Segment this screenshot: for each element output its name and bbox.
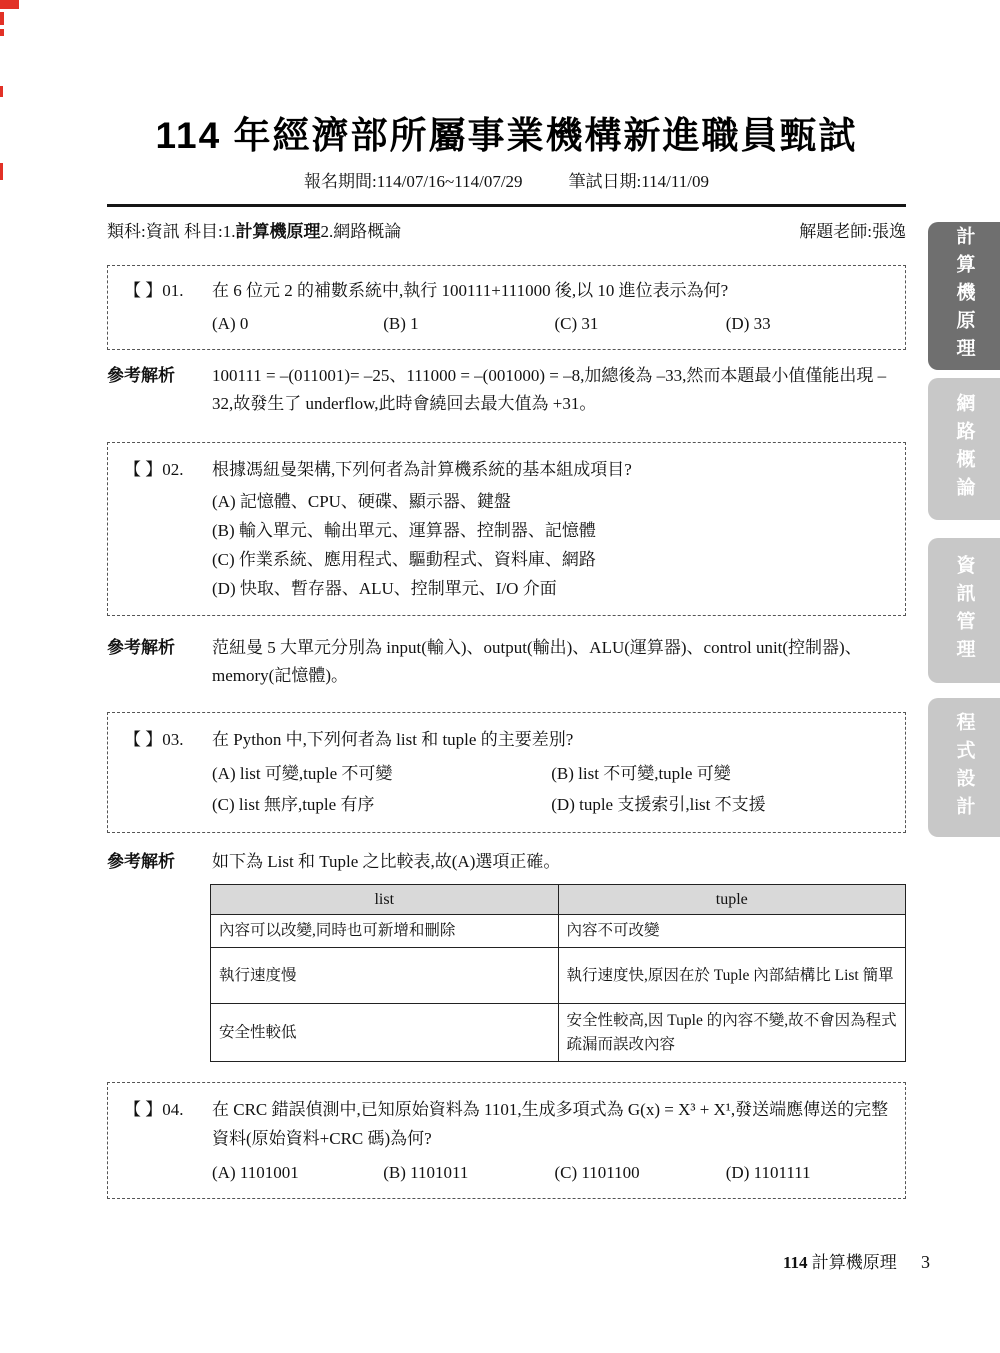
analysis-block-01: 參考解析 100111 = –(011001)= –25、111000 = –(… <box>107 362 906 418</box>
category-subject-text: 類科:資訊 科目:1. <box>107 220 235 244</box>
answer-blank-label: 【 】03. <box>124 725 212 754</box>
table-row: 內容可以改變,同時也可新增和刪除 內容不可改變 <box>211 915 906 948</box>
question-line: 【 】02. 根據馮紐曼架構,下列何者為計算機系統的基本組成項目? <box>124 455 889 484</box>
option-c: (C) list 無序,tuple 有序 <box>212 789 547 820</box>
options-row: (A) list 可變,tuple 不可變 (B) list 不可變,tuple… <box>212 758 889 789</box>
analysis-label: 參考解析 <box>107 362 212 418</box>
meta-row: 類科:資訊 科目:1.計算機原理 2.網路概論 解題老師:張逸 <box>107 220 906 244</box>
table-row: 安全性較低 安全性較高,因 Tuple 的內容不變,故不會因為程式疏漏而誤改內容 <box>211 1004 906 1062</box>
table-cell: 內容不可改變 <box>558 915 906 948</box>
table-cell: 安全性較高,因 Tuple 的內容不變,故不會因為程式疏漏而誤改內容 <box>558 1004 906 1062</box>
option-b: (B) 輸入單元、輸出單元、運算器、控制器、記憶體 <box>212 516 889 545</box>
red-scan-mark <box>0 29 4 36</box>
page-footer: 114 計算機原理 3 <box>783 1250 930 1275</box>
question-box-02: 【 】02. 根據馮紐曼架構,下列何者為計算機系統的基本組成項目? (A) 記憶… <box>107 442 906 616</box>
options-stack: (A) 記憶體、CPU、硬碟、顯示器、鍵盤 (B) 輸入單元、輸出單元、運算器、… <box>212 487 889 603</box>
option-a: (A) 記憶體、CPU、硬碟、顯示器、鍵盤 <box>212 487 889 516</box>
option-d: (D) 33 <box>726 311 893 337</box>
table-header-row: list tuple <box>211 885 906 915</box>
question-text: 根據馮紐曼架構,下列何者為計算機系統的基本組成項目? <box>212 455 889 484</box>
answer-blank-label: 【 】04. <box>124 1095 212 1153</box>
table-header-tuple: tuple <box>558 885 906 915</box>
exam-dates: 報名期間:114/07/16~114/07/29 筆試日期:114/11/09 <box>107 170 906 194</box>
answer-blank-label: 【 】01. <box>124 278 212 304</box>
option-c: (C) 1101100 <box>555 1160 722 1186</box>
registration-period: 報名期間:114/07/16~114/07/29 <box>304 170 523 194</box>
option-b: (B) 1 <box>383 311 550 337</box>
footer-page-number: 3 <box>921 1252 930 1272</box>
red-scan-mark <box>0 12 4 25</box>
sidebar-tab-information-management: 資訊管理 <box>928 538 1000 683</box>
option-a: (A) 0 <box>212 311 379 337</box>
sidebar-tab-programming: 程式設計 <box>928 698 1000 837</box>
page-content: 114 年經濟部所屬事業機構新進職員甄試 報名期間:114/07/16~114/… <box>107 0 906 1199</box>
analysis-text: 100111 = –(011001)= –25、111000 = –(00100… <box>212 362 906 418</box>
written-exam-date: 筆試日期:114/11/09 <box>569 170 709 194</box>
sidebar-tab-network-concepts: 網路概論 <box>928 378 1000 520</box>
red-scan-mark <box>0 86 3 97</box>
table-cell: 執行速度慢 <box>211 948 559 1004</box>
option-b: (B) list 不可變,tuple 可變 <box>551 758 886 789</box>
question-text: 在 6 位元 2 的補數系統中,執行 100111+111000 後,以 10 … <box>212 278 889 304</box>
options-row: (A) 1101001 (B) 1101011 (C) 1101100 (D) … <box>212 1160 889 1186</box>
options-grid: (A) list 可變,tuple 不可變 (B) list 不可變,tuple… <box>212 758 889 820</box>
answer-blank-label: 【 】02. <box>124 455 212 484</box>
question-line: 【 】04. 在 CRC 錯誤偵測中,已知原始資料為 1101,生成多項式為 G… <box>124 1095 889 1153</box>
question-box-04: 【 】04. 在 CRC 錯誤偵測中,已知原始資料為 1101,生成多項式為 G… <box>107 1082 906 1199</box>
question-line: 【 】01. 在 6 位元 2 的補數系統中,執行 100111+111000 … <box>124 278 889 304</box>
option-a: (A) list 可變,tuple 不可變 <box>212 758 547 789</box>
question-text: 在 Python 中,下列何者為 list 和 tuple 的主要差別? <box>212 725 889 754</box>
option-d: (D) 1101111 <box>726 1160 893 1186</box>
subject-name-bold: 計算機原理 <box>235 220 320 244</box>
table-cell: 安全性較低 <box>211 1004 559 1062</box>
red-scan-mark <box>0 163 3 180</box>
option-b: (B) 1101011 <box>383 1160 550 1186</box>
header-divider <box>107 204 906 207</box>
options-row: (A) 0 (B) 1 (C) 31 (D) 33 <box>212 311 889 337</box>
option-d: (D) 快取、暫存器、ALU、控制單元、I/O 介面 <box>212 574 889 603</box>
table-row: 執行速度慢 執行速度快,原因在於 Tuple 內部結構比 List 簡單 <box>211 948 906 1004</box>
analysis-text: 范紐曼 5 大單元分別為 input(輸入)、output(輸出)、ALU(運算… <box>212 634 906 690</box>
question-box-03: 【 】03. 在 Python 中,下列何者為 list 和 tuple 的主要… <box>107 712 906 833</box>
analysis-text: 如下為 List 和 Tuple 之比較表,故(A)選項正確。 <box>212 848 906 876</box>
sidebar-tab-computer-principles: 計算機原理 <box>928 222 1000 370</box>
solution-teacher: 解題老師:張逸 <box>799 220 906 244</box>
analysis-label: 參考解析 <box>107 848 212 876</box>
table-cell: 執行速度快,原因在於 Tuple 內部結構比 List 簡單 <box>558 948 906 1004</box>
table-cell: 內容可以改變,同時也可新增和刪除 <box>211 915 559 948</box>
footer-year: 114 <box>783 1253 808 1272</box>
analysis-label: 參考解析 <box>107 634 212 690</box>
question-line: 【 】03. 在 Python 中,下列何者為 list 和 tuple 的主要… <box>124 725 889 754</box>
page-title: 114 年經濟部所屬事業機構新進職員甄試 <box>107 112 906 160</box>
analysis-block-03: 參考解析 如下為 List 和 Tuple 之比較表,故(A)選項正確。 <box>107 848 906 876</box>
red-scan-mark <box>0 0 19 9</box>
footer-subject: 計算機原理 <box>812 1253 897 1272</box>
option-c: (C) 31 <box>555 311 722 337</box>
subject-name-2: 2.網路概論 <box>320 220 401 244</box>
option-d: (D) tuple 支援索引,list 不支援 <box>551 789 886 820</box>
exam-solution-page: 114 年經濟部所屬事業機構新進職員甄試 報名期間:114/07/16~114/… <box>0 0 1000 1353</box>
options-row: (C) list 無序,tuple 有序 (D) tuple 支援索引,list… <box>212 789 889 820</box>
question-box-01: 【 】01. 在 6 位元 2 的補數系統中,執行 100111+111000 … <box>107 265 906 350</box>
list-tuple-comparison-table: list tuple 內容可以改變,同時也可新增和刪除 內容不可改變 執行速度慢… <box>210 884 906 1062</box>
option-a: (A) 1101001 <box>212 1160 379 1186</box>
analysis-block-02: 參考解析 范紐曼 5 大單元分別為 input(輸入)、output(輸出)、A… <box>107 634 906 690</box>
question-text: 在 CRC 錯誤偵測中,已知原始資料為 1101,生成多項式為 G(x) = X… <box>212 1095 889 1153</box>
option-c: (C) 作業系統、應用程式、驅動程式、資料庫、網路 <box>212 545 889 574</box>
table-header-list: list <box>211 885 559 915</box>
